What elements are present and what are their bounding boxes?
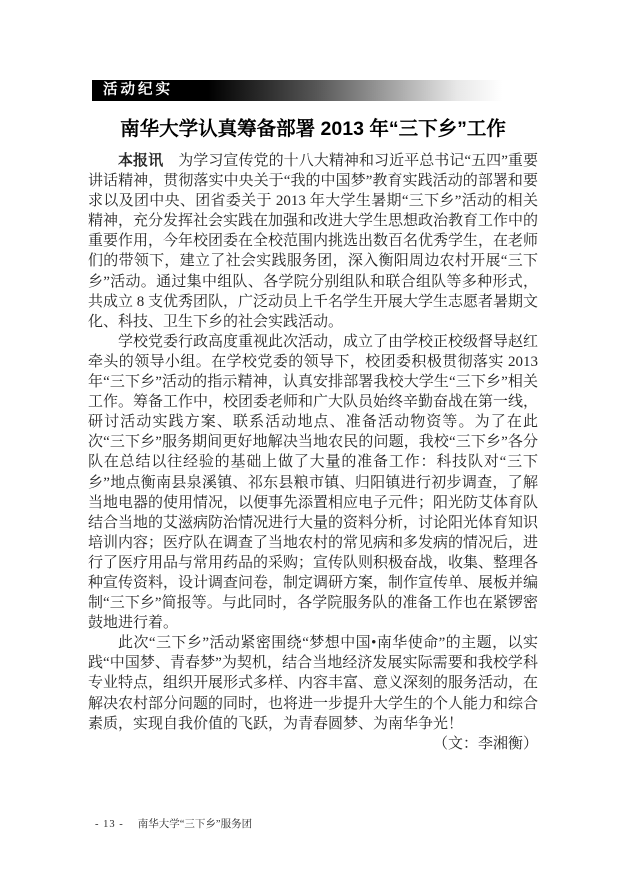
article-paragraph-3: 此次“三下乡”活动紧密围绕“梦想中国•南华使命”的主题，以实践“中国梦、青春梦”…	[88, 633, 538, 733]
footer-page-number: - 13 -	[95, 819, 124, 830]
article-paragraph-1: 本报讯 为学习宣传党的十八大精神和习近平总书记“五四”重要讲话精神，贯彻落实中央…	[88, 151, 538, 332]
article-paragraph-1-text: 为学习宣传党的十八大精神和习近平总书记“五四”重要讲话精神，贯彻落实中央关于“我…	[88, 153, 538, 330]
footer-label: 南华大学“三下乡”服务团	[138, 819, 252, 830]
article-paragraph-2: 学校党委行政高度重视此次活动，成立了由学校正校级督导赵红牵头的领导小组。在学校党…	[88, 332, 538, 633]
article-byline: （文：李湘衡）	[88, 734, 538, 754]
section-tag-label: 活动纪实	[92, 80, 173, 101]
article-lead: 本报讯	[118, 153, 163, 169]
document-page: 活动纪实 南华大学认真筹备部署 2013 年“三下乡”工作 本报讯 为学习宣传党…	[0, 0, 620, 877]
article-title: 南华大学认真筹备部署 2013 年“三下乡”工作	[88, 115, 538, 143]
page-footer: - 13 -南华大学“三下乡”服务团	[95, 818, 252, 832]
article-body: 本报讯 为学习宣传党的十八大精神和习近平总书记“五四”重要讲话精神，贯彻落实中央…	[88, 151, 538, 754]
section-tag-bar: 活动纪实	[92, 80, 538, 101]
